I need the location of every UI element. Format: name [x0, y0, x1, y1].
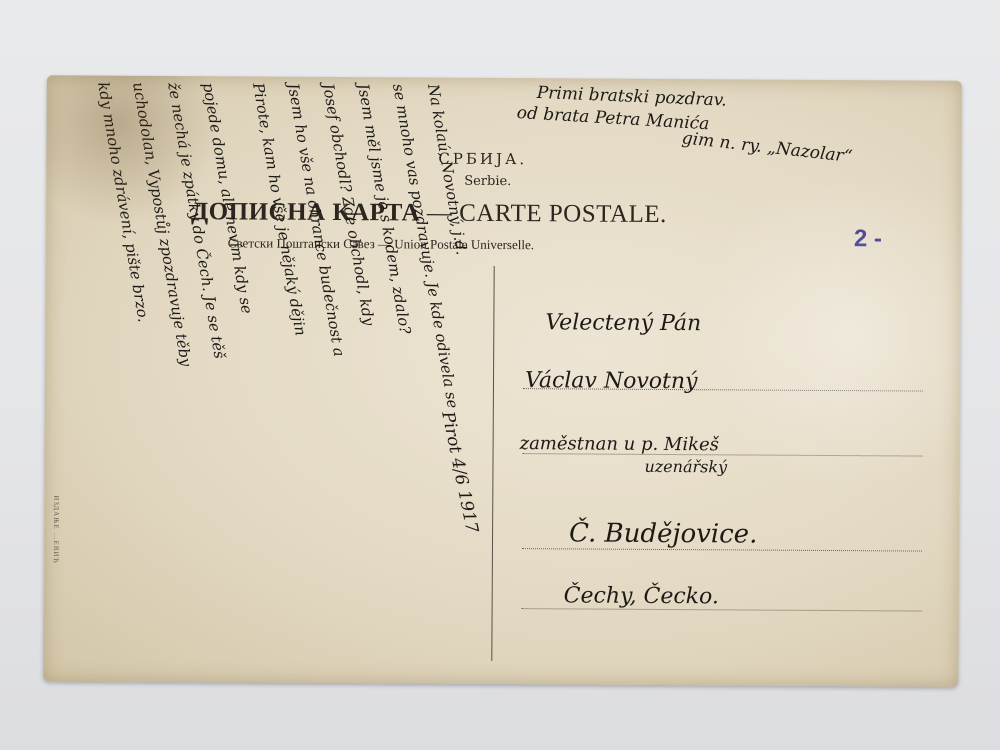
date-line: Pirot 4/6 1917	[437, 410, 482, 535]
center-divider	[491, 266, 494, 661]
title-french: CARTE POSTALE.	[459, 200, 667, 228]
publisher-imprint: ИЗДАЊЕ ...ЕВИЋ	[52, 495, 60, 564]
address-name: Václav Novotný	[525, 368, 698, 394]
address-salutation: Velectený Pán	[545, 310, 701, 336]
printed-country-french: Serbie.	[464, 174, 511, 189]
address-line-rule	[522, 608, 922, 611]
stamp-mark: 2 -	[854, 225, 882, 253]
address-occupation: uzenářský	[644, 457, 727, 477]
address-city: Č. Budějovice.	[569, 518, 757, 549]
address-country: Čechy, Čecko.	[564, 583, 719, 609]
postcard: СРБИЈА. Serbie. ДОПИСНА КАРТА — CARTE PO…	[43, 75, 962, 687]
address-employer: zaměstnan u p. Mikeš	[520, 433, 719, 455]
greeting-line: gim n. ry. „Nazolar“	[681, 128, 853, 167]
